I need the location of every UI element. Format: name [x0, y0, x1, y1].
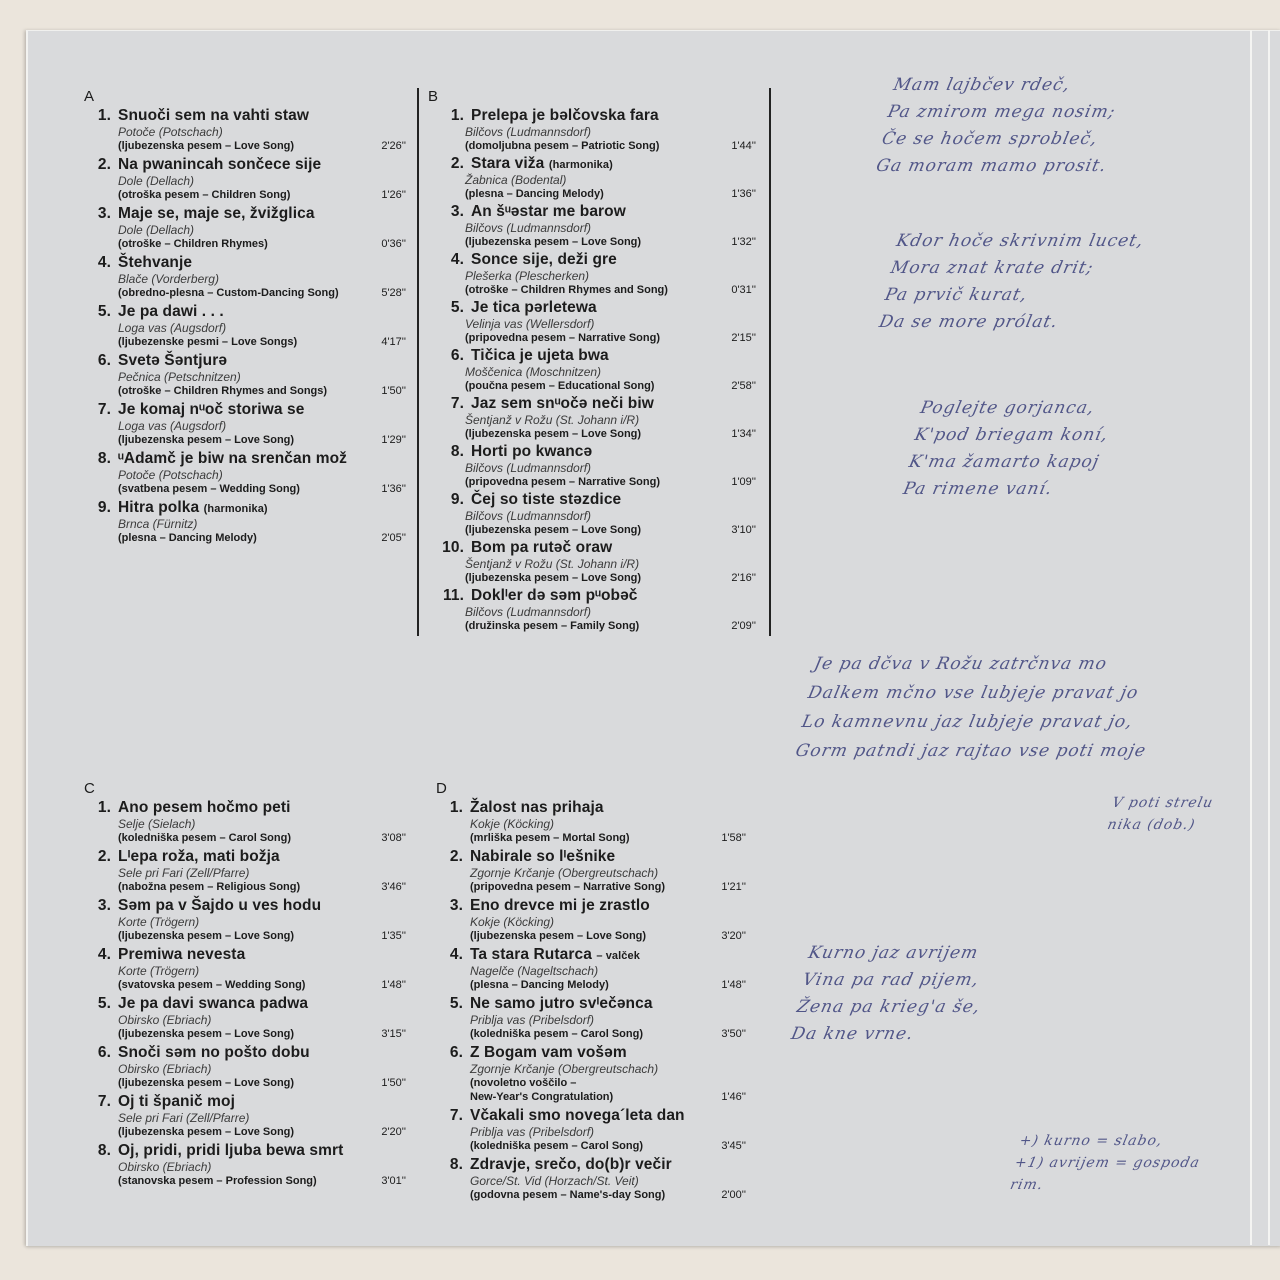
track-title-line: 8.Horti po kwancə [428, 443, 756, 462]
track-duration: 1'36'' [381, 482, 406, 496]
track-number: 9. [84, 499, 111, 517]
track-item: 2.Lᴵepa roža, mati božja Sele pri Fari (… [84, 848, 406, 894]
track-duration: 1'48'' [381, 978, 406, 992]
track-place: Bilčovs (Ludmannsdorf) [465, 126, 756, 139]
track-title-line: 2.Stara viža (harmonika) [428, 155, 756, 174]
track-title-line: 5.Je pa davi swanca padwa [84, 995, 406, 1014]
track-number: 3. [428, 203, 464, 221]
track-place: Brnca (Fürnitz) [118, 518, 406, 531]
track-item: 8.ᵘAdamč je biw na srenčan mož Potoče (P… [84, 450, 406, 496]
track-title-line: 1.Ano pesem hočmo peti [84, 799, 406, 818]
track-place: Pečnica (Petschnitzen) [118, 371, 406, 384]
handwritten-line: V poti strelu [1110, 792, 1215, 814]
track-number: 7. [428, 395, 464, 413]
track-title: Horti po kwancə [471, 443, 592, 460]
handwritten-line: nika (dob.) [1105, 814, 1210, 836]
track-genre: (ljubezenska pesem – Love Song) [465, 235, 756, 249]
track-place: Potoče (Potschach) [118, 126, 406, 139]
track-item: 3.Maje se, maje se, žvižglica Dole (Dell… [84, 205, 406, 251]
track-item: 10.Bom pa rutəč oraw Šentjanž v Rožu (St… [428, 539, 756, 585]
track-title: Oj, pridi, pridi ljuba bewa smrt [118, 1142, 343, 1159]
track-title: Včakali smo novega´leta dan [470, 1107, 685, 1124]
track-item: 5.Je tica pərletewa Velinja vas (Wellers… [428, 299, 756, 345]
track-title-line: 6.Z Bogam vam vošəm [436, 1044, 746, 1063]
track-genre: (otroške – Children Rhymes and Song) [465, 283, 756, 297]
track-item: 1.Snuoči sem na vahti staw Potoče (Potsc… [84, 107, 406, 153]
handwritten-line: Mora znat krate drit; [888, 255, 1141, 282]
side-letter: C [84, 780, 406, 797]
track-genre: (ljubezenska pesem – Love Song) [118, 139, 406, 153]
handwritten-line: K'pod briegam koní, [912, 422, 1111, 449]
handwritten-footnote: +) kurno = slabo,+1) avrijem = gospodari… [1008, 1130, 1207, 1196]
track-title: Premiwa nevesta [118, 946, 245, 963]
track-genre: (ljubezenska pesem – Love Song) [465, 571, 756, 585]
track-duration: 3'50'' [721, 1027, 746, 1041]
track-duration: 2'15'' [731, 331, 756, 345]
track-item: 5.Ne samo jutro svᴵečənca Priblja vas (P… [436, 995, 746, 1041]
track-place: Bilčovs (Ludmannsdorf) [465, 510, 756, 523]
track-item: 8.Horti po kwancə Bilčovs (Ludmannsdorf)… [428, 443, 756, 489]
track-duration: 1'34'' [731, 427, 756, 441]
track-genre: (plesna – Dancing Melody) [118, 531, 406, 545]
track-duration: 1'50'' [381, 1076, 406, 1090]
track-place: Bilčovs (Ludmannsdorf) [465, 606, 756, 619]
side-letter: A [84, 88, 406, 105]
handwritten-verse-3: Poglejte gorjanca,K'pod briegam koní,K'm… [901, 395, 1117, 503]
track-title: Z Bogam vam vošəm [470, 1044, 627, 1061]
track-title-line: 3.Eno drevce mi je zrastlo [436, 897, 746, 916]
track-title-line: 10.Bom pa rutəč oraw [428, 539, 756, 558]
track-duration: 1'50'' [381, 384, 406, 398]
handwritten-line: Pa zmirom mega nosim; [885, 99, 1121, 126]
handwritten-line: Da kne vrne. [789, 1021, 978, 1048]
track-title-line: 2.Na pwanincah sončece sije [84, 156, 406, 175]
track-place: Loga vas (Augsdorf) [118, 322, 406, 335]
track-genre: (ljubezenska pesem – Love Song) [118, 433, 406, 447]
track-genre: (svatbena pesem – Wedding Song) [118, 482, 406, 496]
track-duration: 1'29'' [381, 433, 406, 447]
track-title: Tičica je ujeta bwa [471, 347, 609, 364]
track-place: Kokje (Köcking) [470, 818, 746, 831]
track-title: Doklᴵer də səm pᵘobəč [471, 587, 638, 604]
track-title-line: 9.Čej so tiste stəzdice [428, 491, 756, 510]
track-place: Loga vas (Augsdorf) [118, 420, 406, 433]
track-title: Jaz sem snᵘočə neči biw [471, 395, 654, 412]
track-genre: (otroška pesem – Children Song) [118, 188, 406, 202]
track-genre: (družinska pesem – Family Song) [465, 619, 756, 633]
track-item: 5.Je pa davi swanca padwa Obirsko (Ebria… [84, 995, 406, 1041]
track-title-line: 4.Premiwa nevesta [84, 946, 406, 965]
track-item: 4.Štehvanje Blače (Vorderberg)(obredno-p… [84, 254, 406, 300]
track-place: Obirsko (Ebriach) [118, 1161, 406, 1174]
track-title: Čej so tiste stəzdice [471, 491, 621, 508]
track-place: Gorce/St. Vid (Horzach/St. Veit) [470, 1175, 746, 1188]
track-item: 3.Səm pa v Šajdo u ves hodu Korte (Tröge… [84, 897, 406, 943]
track-genre: (ljubezenska pesem – Love Song) [465, 427, 756, 441]
track-title: Snuoči sem na vahti staw [118, 107, 309, 124]
handwritten-line: Vina pa rad pijem, [800, 967, 989, 994]
track-title: Svetə Šəntjurə [118, 352, 227, 369]
track-genre: (stanovska pesem – Profession Song) [118, 1174, 406, 1188]
track-title-line: 1.Prelepa je bəlčovska fara [428, 107, 756, 126]
handwritten-verse-2: Kdor hoče skrivnim lucet,Mora znat krate… [877, 228, 1147, 336]
handwritten-line: Če se hočem sprobleč, [879, 126, 1115, 153]
track-item: 7.Včakali smo novega´leta dan Priblja va… [436, 1107, 746, 1153]
track-title-line: 7.Jaz sem snᵘočə neči biw [428, 395, 756, 414]
track-number: 5. [436, 995, 463, 1013]
track-title: Eno drevce mi je zrastlo [470, 897, 650, 914]
track-title-line: 8.Oj, pridi, pridi ljuba bewa smrt [84, 1142, 406, 1161]
handwritten-line: Lo kamnevnu jaz lubjeje pravat jo, [799, 708, 1155, 737]
track-item: 2.Nabirale so lᴵešnike Zgornje Krčanje (… [436, 848, 746, 894]
handwritten-line: Je pa dčva v Rožu zatrčnva mo [811, 650, 1167, 679]
track-item: 5.Je pa dawi . . . Loga vas (Augsdorf)(l… [84, 303, 406, 349]
handwritten-line: Dalkem mčno vse lubjeje pravat jo [805, 679, 1161, 708]
track-title-line: 5.Je pa dawi . . . [84, 303, 406, 322]
track-title-line: 4.Sonce sije, deži gre [428, 251, 756, 270]
track-genre: (ljubezenske pesmi – Love Songs) [118, 335, 406, 349]
track-place: Zgornje Krčanje (Obergreutschach) [470, 867, 746, 880]
handwritten-line: +1) avrijem = gospoda [1013, 1152, 1202, 1174]
track-duration: 0'31'' [731, 283, 756, 297]
track-title: Ano pesem hočmo peti [118, 799, 291, 816]
track-title: Nabirale so lᴵešnike [470, 848, 615, 865]
track-item: 11.Doklᴵer də səm pᵘobəč Bilčovs (Ludman… [428, 587, 756, 633]
track-title-line: 7.Oj ti španič moj [84, 1093, 406, 1112]
column-divider [769, 88, 771, 636]
track-number: 1. [428, 107, 464, 125]
track-number: 9. [428, 491, 464, 509]
track-duration: 3'20'' [721, 929, 746, 943]
sleeve-fold-line [1250, 30, 1252, 1245]
handwritten-line: Pa prvič kurat, [882, 282, 1135, 309]
track-genre: (plesna – Dancing Melody) [465, 187, 756, 201]
track-duration: 2'26'' [381, 139, 406, 153]
track-genre: (otroške – Children Rhymes and Songs) [118, 384, 406, 398]
track-number: 6. [436, 1044, 463, 1062]
track-genre: (koledniška pesem – Carol Song) [470, 1139, 746, 1153]
track-number: 4. [84, 254, 111, 272]
track-number: 5. [428, 299, 464, 317]
side-d-tracklist: D1.Žalost nas prihaja Kokje (Köcking)(mr… [436, 780, 746, 1205]
track-genre: (koledniška pesem – Carol Song) [118, 831, 406, 845]
track-number: 2. [436, 848, 463, 866]
track-title: Snoči səm no pošto dobu [118, 1044, 310, 1061]
track-duration: 3'45'' [721, 1139, 746, 1153]
track-number: 1. [436, 799, 463, 817]
track-title-line: 5.Je tica pərletewa [428, 299, 756, 318]
track-number: 6. [428, 347, 464, 365]
track-duration: 2'00'' [721, 1188, 746, 1202]
track-title-line: 4.Štehvanje [84, 254, 406, 273]
track-title: Na pwanincah sončece sije [118, 156, 321, 173]
track-duration: 3'15'' [381, 1027, 406, 1041]
track-title-line: 6.Tičica je ujeta bwa [428, 347, 756, 366]
track-genre: (pripovedna pesem – Narrative Song) [470, 880, 746, 894]
track-number: 3. [84, 205, 111, 223]
track-subtitle: (harmonika) [204, 503, 268, 515]
track-number: 8. [428, 443, 464, 461]
track-genre: (ljubezenska pesem – Love Song) [118, 1027, 406, 1041]
track-duration: 1'35'' [381, 929, 406, 943]
track-genre: (ljubezenska pesem – Love Song) [465, 523, 756, 537]
track-duration: 2'16'' [731, 571, 756, 585]
handwritten-line: Kdor hoče skrivnim lucet, [894, 228, 1147, 255]
track-duration: 1'46'' [721, 1090, 746, 1104]
track-duration: 2'58'' [731, 379, 756, 393]
track-item: 9.Čej so tiste stəzdice Bilčovs (Ludmann… [428, 491, 756, 537]
track-title-line: 7.Včakali smo novega´leta dan [436, 1107, 746, 1126]
track-item: 6.Z Bogam vam vošəm Zgornje Krčanje (Obe… [436, 1044, 746, 1104]
track-place: Moščenica (Moschnitzen) [465, 366, 756, 379]
track-title-line: 2.Lᴵepa roža, mati božja [84, 848, 406, 867]
track-title: Bom pa rutəč oraw [471, 539, 612, 556]
handwritten-line: Gorm patndi jaz rajtao vse poti moje [793, 737, 1149, 766]
track-number: 10. [428, 539, 464, 557]
track-title: Sonce sije, deži gre [471, 251, 617, 268]
track-title: Ta stara Rutarca [470, 946, 592, 963]
handwritten-line: Pa rimene vaní. [901, 476, 1100, 503]
handwritten-note: V poti strelunika (dob.) [1105, 792, 1215, 836]
track-title: Je pa dawi . . . [118, 303, 224, 320]
track-place: Zgornje Krčanje (Obergreutschach) [470, 1063, 746, 1076]
track-place: Blače (Vorderberg) [118, 273, 406, 286]
track-duration: 1'21'' [721, 880, 746, 894]
track-place: Obirsko (Ebriach) [118, 1063, 406, 1076]
track-place: Šentjanž v Rožu (St. Johann i/R) [465, 558, 756, 571]
track-title-line: 3.Səm pa v Šajdo u ves hodu [84, 897, 406, 916]
track-title-line: 3.Maje se, maje se, žvižglica [84, 205, 406, 224]
track-number: 2. [84, 848, 111, 866]
handwritten-line: Da se more prólat. [877, 309, 1130, 336]
track-item: 3.An šᵘəstar me barow Bilčovs (Ludmannsd… [428, 203, 756, 249]
track-title-line: 6.Svetə Šəntjurə [84, 352, 406, 371]
track-number: 6. [84, 352, 111, 370]
track-place: Velinja vas (Wellersdorf) [465, 318, 756, 331]
track-duration: 4'17'' [381, 335, 406, 349]
track-title-line: 6.Snoči səm no pošto dobu [84, 1044, 406, 1063]
track-genre: (ljubezenska pesem – Love Song) [118, 1125, 406, 1139]
track-title-line: 1.Žalost nas prihaja [436, 799, 746, 818]
side-letter: B [428, 88, 756, 105]
handwritten-line: K'ma žamarto kapoj [906, 449, 1105, 476]
track-genre: (mrliška pesem – Mortal Song) [470, 831, 746, 845]
track-title-line: 1.Snuoči sem na vahti staw [84, 107, 406, 126]
track-genre: (pripovedna pesem – Narrative Song) [465, 331, 756, 345]
track-title: Stara viža [471, 155, 544, 172]
track-duration: 5'28'' [381, 286, 406, 300]
track-item: 7.Je komaj nᵘoč storiwa se Loga vas (Aug… [84, 401, 406, 447]
track-number: 4. [428, 251, 464, 269]
track-place: Kokje (Köcking) [470, 916, 746, 929]
track-number: 7. [436, 1107, 463, 1125]
track-duration: 1'09'' [731, 475, 756, 489]
track-genre: (poučna pesem – Educational Song) [465, 379, 756, 393]
track-title: Je tica pərletewa [471, 299, 597, 316]
track-place: Dole (Dellach) [118, 175, 406, 188]
track-title: Štehvanje [118, 254, 192, 271]
track-number: 2. [84, 156, 111, 174]
track-title: Səm pa v Šajdo u ves hodu [118, 897, 321, 914]
track-duration: 3'10'' [731, 523, 756, 537]
track-duration: 2'20'' [381, 1125, 406, 1139]
track-title: An šᵘəstar me barow [471, 203, 626, 220]
track-genre: (ljubezenska pesem – Love Song) [118, 929, 406, 943]
track-duration: 1'58'' [721, 831, 746, 845]
track-genre: (koledniška pesem – Carol Song) [470, 1027, 746, 1041]
track-place: Šentjanž v Rožu (St. Johann i/R) [465, 414, 756, 427]
track-title: Maje se, maje se, žvižglica [118, 205, 315, 222]
track-duration: 1'32'' [731, 235, 756, 249]
track-place: Priblja vas (Pribelsdorf) [470, 1126, 746, 1139]
track-title-line: 4.Ta stara Rutarca – valček [436, 946, 746, 965]
track-title: Žalost nas prihaja [470, 799, 604, 816]
track-number: 1. [84, 107, 111, 125]
track-place: Sele pri Fari (Zell/Pfarre) [118, 1112, 406, 1125]
handwritten-line: Poglejte gorjanca, [918, 395, 1117, 422]
track-number: 5. [84, 303, 111, 321]
track-place: Priblja vas (Pribelsdorf) [470, 1014, 746, 1027]
track-item: 2.Stara viža (harmonika)Žabnica (Bodenta… [428, 155, 756, 201]
track-item: 6.Tičica je ujeta bwa Moščenica (Moschni… [428, 347, 756, 393]
handwritten-line: Kurno jaz avrijem [806, 940, 995, 967]
track-number: 2. [428, 155, 464, 173]
handwritten-verse-1: Mam lajbčev rdeč,Pa zmirom mega nosim;Če… [874, 72, 1127, 180]
track-number: 3. [436, 897, 463, 915]
handwritten-line: +) kurno = slabo, [1017, 1130, 1206, 1152]
track-genre: (plesna – Dancing Melody) [470, 978, 746, 992]
track-title-line: 7.Je komaj nᵘoč storiwa se [84, 401, 406, 420]
track-place: Korte (Trögern) [118, 916, 406, 929]
handwritten-line: Ga moram mamo prosit. [874, 153, 1110, 180]
track-item: 1.Žalost nas prihaja Kokje (Köcking)(mrl… [436, 799, 746, 845]
track-item: 3.Eno drevce mi je zrastlo Kokje (Köckin… [436, 897, 746, 943]
track-genre: (nabožna pesem – Religious Song) [118, 880, 406, 894]
track-duration: 1'36'' [731, 187, 756, 201]
track-title-line: 8.Zdravje, srečo, do(b)r večir [436, 1156, 746, 1175]
track-number: 5. [84, 995, 111, 1013]
track-title-line: 3.An šᵘəstar me barow [428, 203, 756, 222]
track-duration: 0'36'' [381, 237, 406, 251]
side-c-tracklist: C1.Ano pesem hočmo peti Selje (Sielach)(… [84, 780, 406, 1191]
track-item: 4.Premiwa nevesta Korte (Trögern)(svatov… [84, 946, 406, 992]
handwritten-verse-5: Kurno jaz avrijemVina pa rad pijem,Žena … [789, 940, 995, 1048]
track-number: 4. [436, 946, 463, 964]
track-item: 7.Oj ti španič moj Sele pri Fari (Zell/P… [84, 1093, 406, 1139]
track-number: 7. [84, 1093, 111, 1111]
track-number: 11. [428, 587, 464, 605]
track-title: Hitra polka [118, 499, 199, 516]
track-title: Prelepa je bəlčovska fara [471, 107, 659, 124]
column-divider [417, 88, 419, 636]
track-place: Žabnica (Bodental) [465, 174, 756, 187]
track-number: 1. [84, 799, 111, 817]
track-place: Bilčovs (Ludmannsdorf) [465, 462, 756, 475]
track-title-line: 2.Nabirale so lᴵešnike [436, 848, 746, 867]
track-item: 2.Na pwanincah sončece sije Dole (Dellac… [84, 156, 406, 202]
track-place: Plešerka (Plescherken) [465, 270, 756, 283]
track-duration: 2'05'' [381, 531, 406, 545]
track-title: Je komaj nᵘoč storiwa se [118, 401, 304, 418]
track-genre: (obredno-plesna – Custom-Dancing Song) [118, 286, 406, 300]
track-title: Lᴵepa roža, mati božja [118, 848, 280, 865]
handwritten-verse-4: Je pa dčva v Rožu zatrčnva moDalkem mčno… [793, 650, 1168, 766]
track-place: Potoče (Potschach) [118, 469, 406, 482]
handwritten-line: rim. [1008, 1174, 1197, 1196]
track-place: Sele pri Fari (Zell/Pfarre) [118, 867, 406, 880]
track-item: 1.Prelepa je bəlčovska fara Bilčovs (Lud… [428, 107, 756, 153]
track-item: 1.Ano pesem hočmo peti Selje (Sielach)(k… [84, 799, 406, 845]
track-duration: 1'48'' [721, 978, 746, 992]
track-item: 8.Zdravje, srečo, do(b)r večir Gorce/St.… [436, 1156, 746, 1202]
track-item: 6.Svetə Šəntjurə Pečnica (Petschnitzen)(… [84, 352, 406, 398]
track-title-line: 5.Ne samo jutro svᴵečənca [436, 995, 746, 1014]
track-item: 8.Oj, pridi, pridi ljuba bewa smrt Obirs… [84, 1142, 406, 1188]
sleeve-fold-line [1268, 30, 1270, 1245]
track-number: 6. [84, 1044, 111, 1062]
track-duration: 3'08'' [381, 831, 406, 845]
track-place: Nagelče (Nageltschach) [470, 965, 746, 978]
track-item: 7.Jaz sem snᵘočə neči biw Šentjanž v Rož… [428, 395, 756, 441]
track-genre: (svatovska pesem – Wedding Song) [118, 978, 406, 992]
track-duration: 1'44'' [731, 139, 756, 153]
track-place: Selje (Sielach) [118, 818, 406, 831]
track-number: 3. [84, 897, 111, 915]
track-title-line: 8.ᵘAdamč je biw na srenčan mož [84, 450, 406, 469]
track-item: 4.Sonce sije, deži gre Plešerka (Plesche… [428, 251, 756, 297]
track-place: Obirsko (Ebriach) [118, 1014, 406, 1027]
track-item: 6.Snoči səm no pošto dobu Obirsko (Ebria… [84, 1044, 406, 1090]
track-genre: (pripovedna pesem – Narrative Song) [465, 475, 756, 489]
track-title-line: 11.Doklᴵer də səm pᵘobəč [428, 587, 756, 606]
track-duration: 3'01'' [381, 1174, 406, 1188]
side-a-tracklist: A1.Snuoči sem na vahti staw Potoče (Pots… [84, 88, 406, 548]
track-place: Dole (Dellach) [118, 224, 406, 237]
track-genre: (novoletno voščilo – New-Year's Congratu… [470, 1076, 746, 1104]
track-title: Zdravje, srečo, do(b)r večir [470, 1156, 672, 1173]
track-genre: (godovna pesem – Name's-day Song) [470, 1188, 746, 1202]
track-number: 4. [84, 946, 111, 964]
track-title: Ne samo jutro svᴵečənca [470, 995, 653, 1012]
track-title-line: 9.Hitra polka (harmonika) [84, 499, 406, 518]
track-title: Je pa davi swanca padwa [118, 995, 308, 1012]
track-genre: (otroške – Children Rhymes) [118, 237, 406, 251]
track-number: 8. [84, 1142, 111, 1160]
side-letter: D [436, 780, 746, 797]
track-title: Oj ti španič moj [118, 1093, 235, 1110]
handwritten-line: Mam lajbčev rdeč, [891, 72, 1127, 99]
track-duration: 1'26'' [381, 188, 406, 202]
track-number: 7. [84, 401, 111, 419]
track-number: 8. [436, 1156, 463, 1174]
track-duration: 2'09'' [731, 619, 756, 633]
track-place: Korte (Trögern) [118, 965, 406, 978]
track-place: Bilčovs (Ludmannsdorf) [465, 222, 756, 235]
track-title: ᵘAdamč je biw na srenčan mož [118, 450, 347, 467]
track-genre: (domoljubna pesem – Patriotic Song) [465, 139, 756, 153]
handwritten-line: Žena pa krieg'a še, [794, 994, 983, 1021]
track-subtitle: – valček [596, 950, 640, 962]
track-item: 4.Ta stara Rutarca – valčekNagelče (Nage… [436, 946, 746, 992]
track-genre: (ljubezenska pesem – Love Song) [470, 929, 746, 943]
track-number: 8. [84, 450, 111, 468]
track-subtitle: (harmonika) [549, 159, 613, 171]
track-genre: (ljubezenska pesem – Love Song) [118, 1076, 406, 1090]
track-item: 9.Hitra polka (harmonika)Brnca (Fürnitz)… [84, 499, 406, 545]
side-b-tracklist: B1.Prelepa je bəlčovska fara Bilčovs (Lu… [428, 88, 756, 635]
track-duration: 3'46'' [381, 880, 406, 894]
